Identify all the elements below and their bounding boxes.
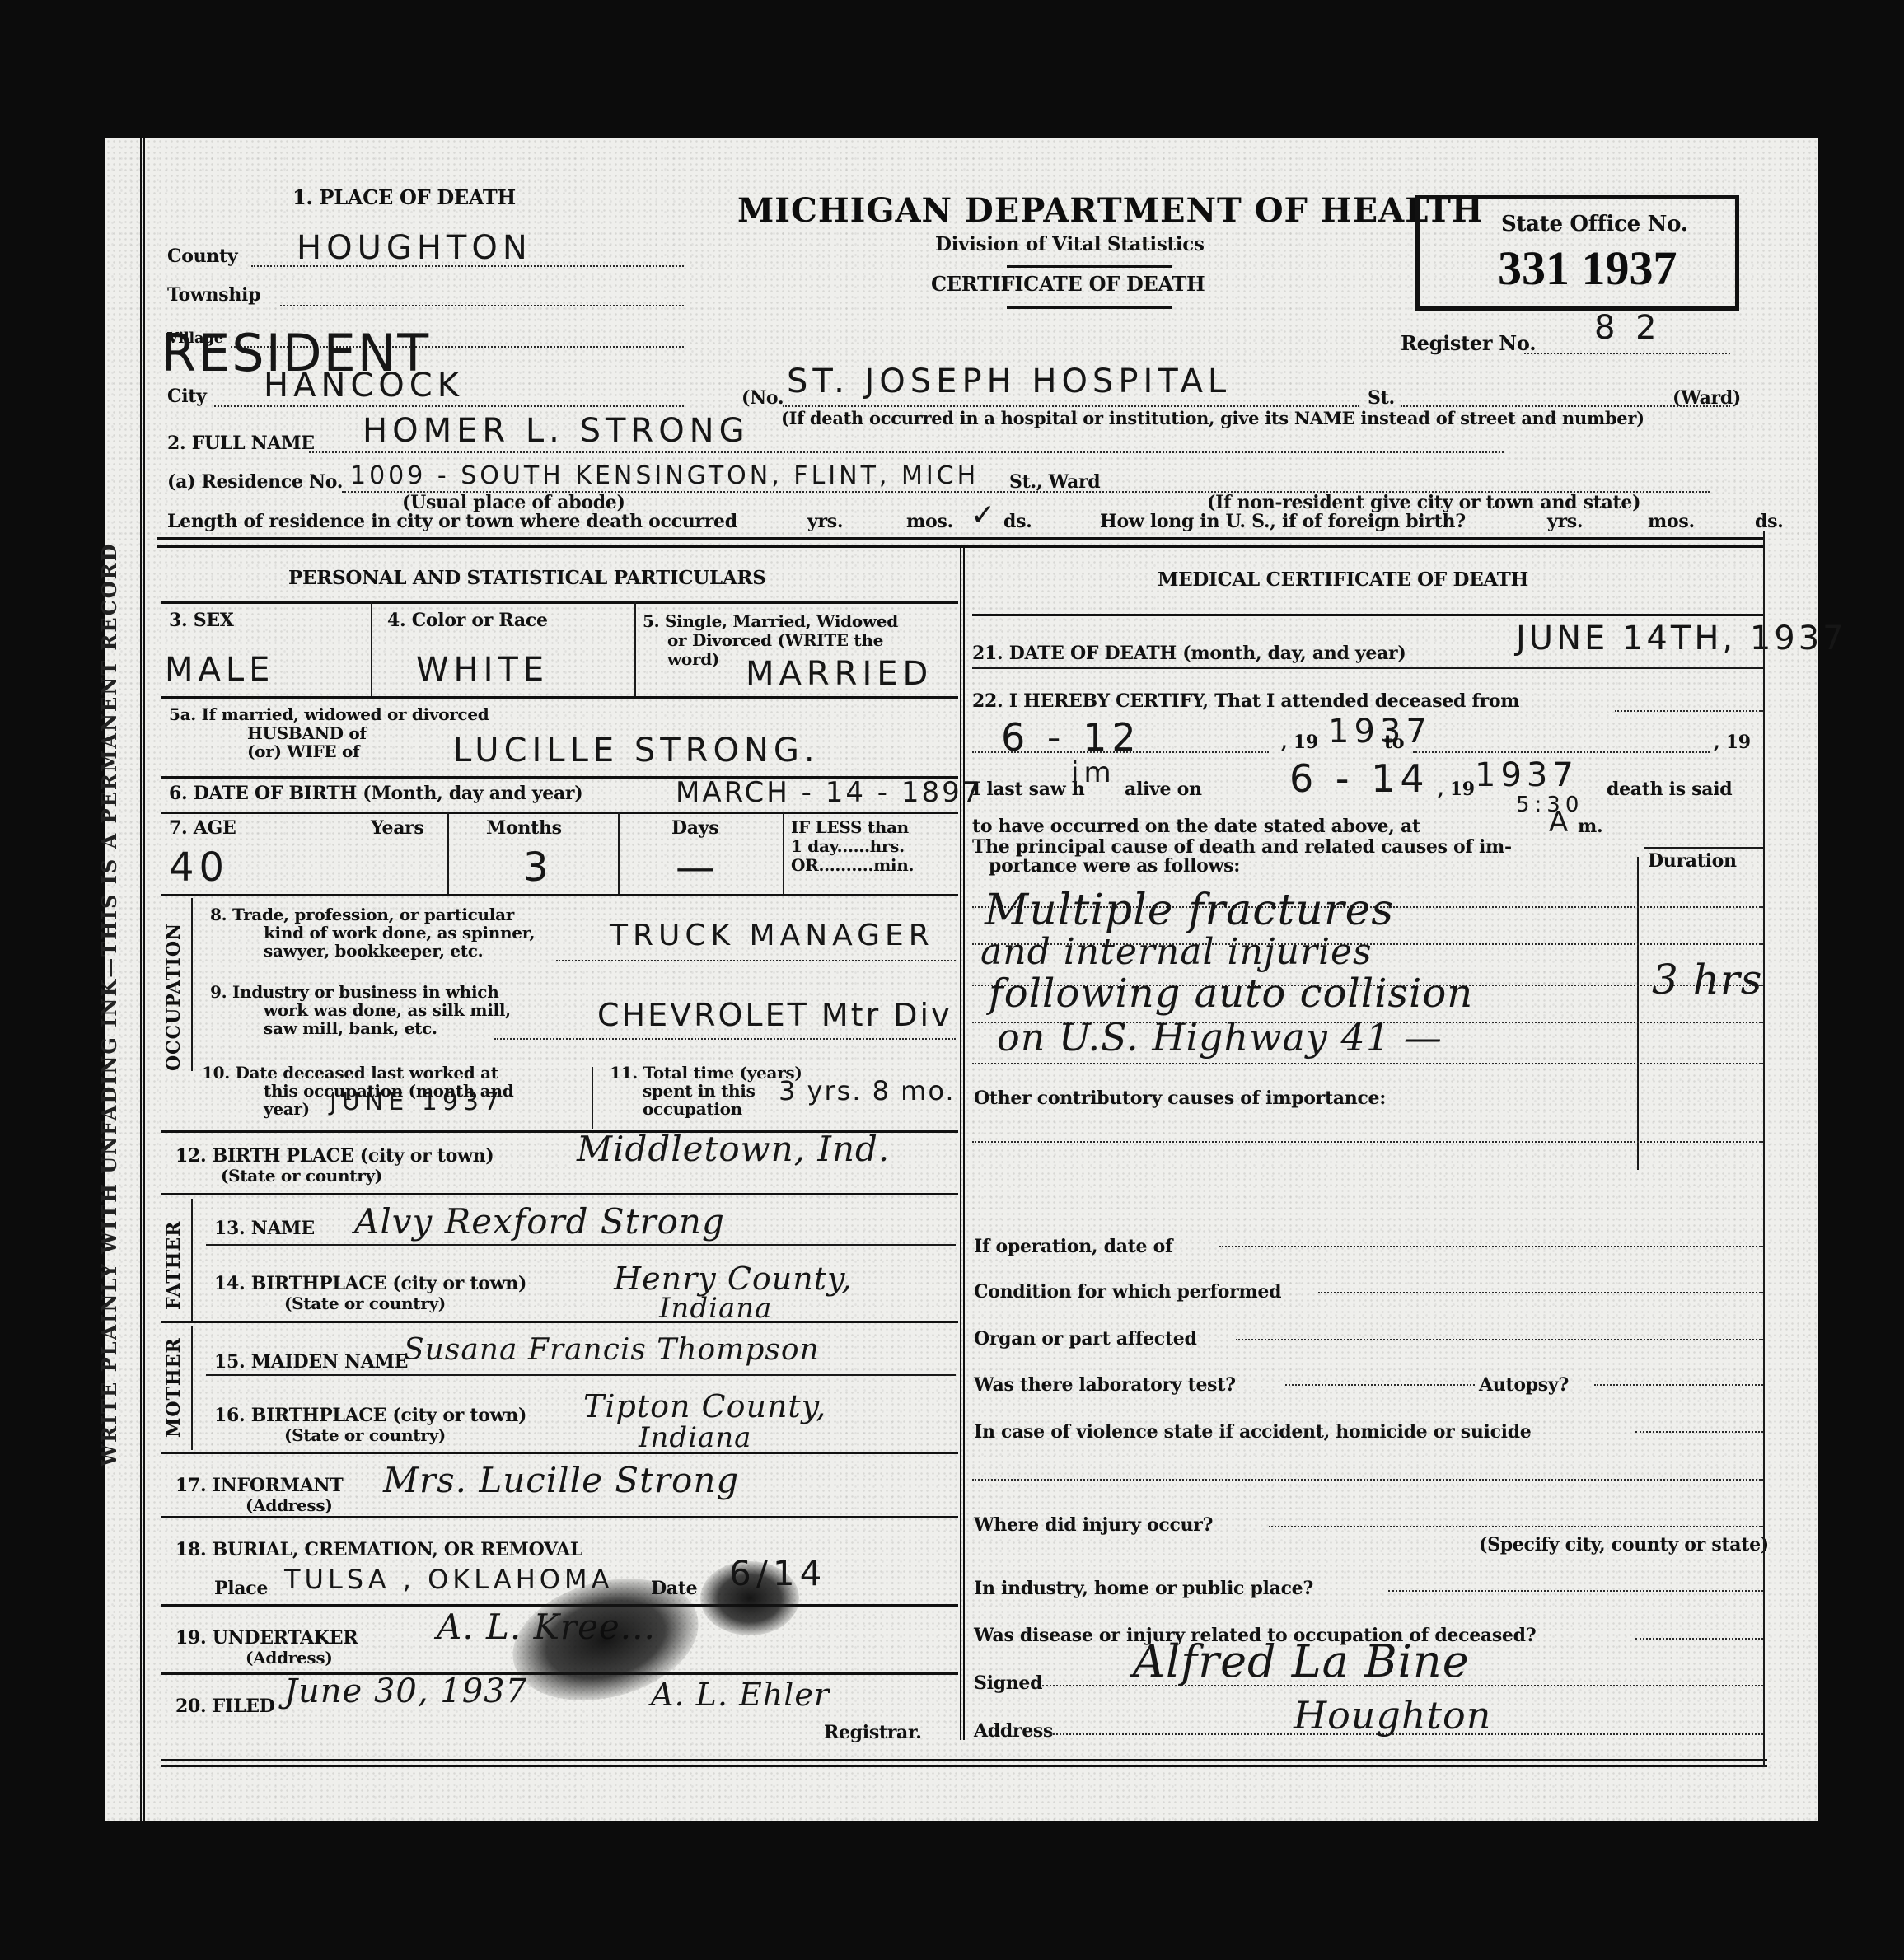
- occupation-bracket: [191, 898, 193, 1071]
- length-ds-label: ds.: [1003, 511, 1032, 532]
- dob-label: 6. DATE OF BIRTH (Month, day and year): [169, 783, 582, 804]
- title-rule-bottom: [1007, 306, 1172, 309]
- institution-note: (If death occurred in a hospital or inst…: [781, 408, 1644, 428]
- attended-from-year-prefix: , 19: [1281, 732, 1318, 753]
- certify-line: [1615, 710, 1763, 712]
- last-saw-year: 1937: [1475, 756, 1579, 794]
- mother-bracket: [191, 1326, 193, 1450]
- age-less-label-2: 1 day......hrs.: [791, 836, 905, 856]
- sex-race-divider: [371, 601, 372, 696]
- institution-line: [783, 405, 1359, 407]
- division-subtitle: Division of Vital Statistics: [935, 233, 1205, 255]
- operation-line: [1219, 1246, 1763, 1247]
- length-residence-label: Length of residence in city or town wher…: [167, 511, 737, 532]
- race-label: 4. Color or Race: [387, 610, 548, 631]
- undertaker-address-label: (Address): [246, 1648, 333, 1668]
- industry-label-2: work was done, as silk mill,: [264, 1000, 511, 1020]
- mother-birthplace-1: Tipton County,: [583, 1388, 826, 1424]
- full-name-value: HOMER L. STRONG: [363, 412, 750, 450]
- medical-heading: MEDICAL CERTIFICATE OF DEATH: [1158, 568, 1528, 591]
- margin-instruction: WRITE PLAINLY WITH UNFADING INK—THIS IS …: [97, 543, 121, 1466]
- father-birthplace-label-2: (State or country): [284, 1293, 446, 1313]
- attended-from-year: 1937: [1328, 713, 1432, 751]
- mother-rule: [161, 1452, 958, 1454]
- length-mos-label: mos.: [906, 511, 953, 532]
- burial-label: 18. BURIAL, CREMATION, OR REMOVAL: [175, 1539, 582, 1560]
- trade-label-3: sawyer, bookkeeper, etc.: [264, 941, 483, 961]
- autopsy-line: [1594, 1384, 1763, 1386]
- specify-note: (Specify city, county or state): [1479, 1534, 1769, 1555]
- city-value: HANCOCK: [264, 367, 464, 405]
- township-line: [280, 305, 684, 306]
- cause-1: Multiple fractures: [985, 886, 1394, 935]
- dod-value: JUNE 14TH, 1937: [1516, 620, 1847, 657]
- father-bracket: [191, 1199, 193, 1322]
- father-rule: [161, 1321, 958, 1323]
- bottom-rule-1: [161, 1759, 1767, 1761]
- ward-label: (Ward): [1672, 387, 1741, 409]
- alive-on-label: alive on: [1125, 779, 1202, 800]
- dod-line: [972, 667, 1763, 669]
- age-years-divider: [447, 812, 449, 894]
- m-label: m.: [1578, 816, 1602, 837]
- father-name-label: 13. NAME: [214, 1218, 315, 1239]
- race-value: WHITE: [416, 651, 549, 689]
- spouse-label-2: HUSBAND of: [247, 723, 367, 743]
- length-check-mark: ✓: [971, 498, 1000, 532]
- death-said-label: death is said: [1607, 779, 1732, 800]
- age-row-rule: [161, 894, 958, 896]
- street-label: St.: [1368, 387, 1395, 409]
- age-days-divider: [783, 812, 784, 894]
- last-saw-pronoun: im: [1071, 756, 1116, 789]
- occupation-divider: [592, 1067, 593, 1129]
- marital-label-2: or Divorced (WRITE the: [667, 630, 883, 650]
- mother-name-line: [206, 1374, 956, 1376]
- occupation-side-label: OCCUPATION: [163, 923, 185, 1071]
- signed-label: Signed: [974, 1672, 1042, 1694]
- organ-line: [1236, 1339, 1763, 1340]
- full-name-label: 2. FULL NAME: [167, 433, 315, 454]
- operation-label: If operation, date of: [974, 1236, 1172, 1257]
- physician-address: Houghton: [1294, 1693, 1491, 1738]
- informant-value: Mrs. Lucille Strong: [383, 1460, 739, 1500]
- right-border-line: [1763, 531, 1765, 1767]
- last-worked-label-1: 10. Date deceased last worked at: [202, 1063, 498, 1083]
- autopsy-label: Autopsy?: [1479, 1374, 1569, 1396]
- filed-value: June 30, 1937: [284, 1672, 527, 1710]
- county-label: County: [167, 246, 237, 267]
- age-label: 7. AGE: [169, 817, 236, 839]
- age-less-label-1: IF LESS than: [791, 817, 909, 837]
- violence-line-2: [972, 1479, 1763, 1481]
- last-saw-date: 6 - 14: [1289, 756, 1429, 801]
- lab-test-line: [1285, 1384, 1475, 1386]
- age-months-label: Months: [486, 817, 562, 839]
- county-value: HOUGHTON: [297, 229, 532, 267]
- spouse-label-1: 5a. If married, widowed or divorced: [169, 704, 489, 724]
- father-name-line: [206, 1244, 956, 1246]
- informant-label: 17. INFORMANT: [175, 1475, 343, 1496]
- violence-line: [1635, 1431, 1763, 1433]
- duration-top-line: [1644, 847, 1763, 849]
- trade-line: [556, 960, 956, 961]
- trade-value: TRUCK MANAGER: [610, 919, 934, 952]
- burial-place-label: Place: [214, 1578, 268, 1599]
- cause-2: and internal injuries: [980, 931, 1373, 973]
- occupation-related-line: [1635, 1638, 1763, 1640]
- informant-rule: [161, 1516, 958, 1518]
- cause-4: on U.S. Highway 41 —: [997, 1015, 1443, 1060]
- total-time-label-2: spent in this: [643, 1081, 756, 1101]
- industry-place-label: In industry, home or public place?: [974, 1578, 1313, 1599]
- age-months-value: 3: [523, 844, 554, 891]
- personal-rule: [161, 601, 958, 604]
- register-line: [1524, 353, 1730, 354]
- register-number: 8 2: [1594, 309, 1662, 347]
- principal-cause-label-2: portance were as follows:: [989, 855, 1240, 877]
- mother-side-label: MOTHER: [163, 1337, 185, 1438]
- trade-label-1: 8. Trade, profession, or particular: [210, 905, 514, 924]
- age-less-label-3: OR..........min.: [791, 855, 914, 875]
- dob-value: MARCH - 14 - 1897: [676, 776, 982, 809]
- sex-row-rule: [161, 696, 958, 699]
- full-name-line: [309, 451, 1504, 453]
- certify-label: 22. I HEREBY CERTIFY, That I attended de…: [972, 690, 1519, 712]
- residence-value: 1009 - SOUTH KENSINGTON, FLINT, MICH: [350, 461, 979, 490]
- last-saw-year-prefix: , 19: [1438, 779, 1475, 800]
- city-label: City: [167, 386, 207, 407]
- spouse-value: LUCILLE STRONG.: [453, 732, 820, 769]
- mother-birthplace-2: Indiana: [639, 1421, 751, 1454]
- title-rule-top: [1007, 265, 1172, 268]
- place-of-death-heading: 1. PLACE OF DEATH: [292, 185, 516, 209]
- length-yrs-label: yrs.: [807, 511, 843, 532]
- industry-label-3: saw mill, bank, etc.: [264, 1018, 437, 1038]
- foreign-ds-label: ds.: [1755, 511, 1784, 532]
- ink-blot-small: [700, 1561, 799, 1635]
- state-office-number: 331 1937: [1498, 241, 1677, 296]
- mother-birthplace-label-1: 16. BIRTHPLACE (city or town): [214, 1405, 526, 1426]
- state-office-label: State Office No.: [1501, 212, 1687, 236]
- dob-row-rule: [161, 812, 958, 814]
- race-marital-divider: [634, 601, 636, 696]
- register-label: Register No.: [1401, 331, 1536, 355]
- medical-rule: [972, 614, 1763, 616]
- occurred-label: to have occurred on the date stated abov…: [972, 816, 1420, 837]
- address-label: Address: [974, 1720, 1053, 1742]
- department-title: MICHIGAN DEPARTMENT OF HEALTH: [737, 191, 1484, 230]
- birthplace-rule: [161, 1193, 958, 1195]
- bottom-rule-2: [161, 1765, 1767, 1767]
- marital-value: MARRIED: [746, 655, 933, 693]
- industry-label-1: 9. Industry or business in which: [210, 982, 498, 1002]
- burial-place-value: TULSA , OKLAHOMA: [284, 1564, 613, 1595]
- mother-name-value: Susana Francis Thompson: [404, 1333, 820, 1367]
- last-worked-value: JUNE 1937: [330, 1088, 504, 1116]
- total-time-label-3: occupation: [643, 1099, 742, 1119]
- physician-signature: Alfred La Bine: [1133, 1635, 1470, 1687]
- birthplace-label-1: 12. BIRTH PLACE (city or town): [175, 1145, 494, 1167]
- duration-divider: [1637, 857, 1639, 1170]
- violence-label: In case of violence state if accident, h…: [974, 1421, 1532, 1443]
- age-days-value: —: [676, 844, 720, 891]
- cause-3: following auto collision: [989, 971, 1473, 1017]
- organ-label: Organ or part affected: [974, 1328, 1197, 1350]
- street-no-label: (No.: [741, 387, 784, 409]
- sex-value: MALE: [165, 651, 274, 689]
- industry-place-line: [1388, 1590, 1763, 1592]
- foreign-yrs-label: yrs.: [1547, 511, 1583, 532]
- personal-heading: PERSONAL AND STATISTICAL PARTICULARS: [288, 567, 766, 589]
- father-side-label: FATHER: [163, 1221, 185, 1310]
- total-time-label-1: 11. Total time (years): [610, 1063, 802, 1083]
- other-causes-line: [972, 1141, 1763, 1143]
- marital-label-1: 5. Single, Married, Widowed: [643, 611, 898, 631]
- sex-label: 3. SEX: [169, 610, 234, 631]
- dod-label: 21. DATE OF DEATH (month, day, and year): [972, 643, 1406, 664]
- father-birthplace-2: Indiana: [659, 1292, 772, 1325]
- residence-label: (a) Residence No.: [167, 471, 343, 493]
- last-worked-label-3: year): [264, 1099, 310, 1119]
- foreign-mos-label: mos.: [1648, 511, 1695, 532]
- section-rule-1: [157, 537, 1763, 540]
- condition-line: [1318, 1292, 1763, 1293]
- filed-label: 20. FILED: [175, 1696, 274, 1717]
- age-years-value: 40: [169, 844, 229, 891]
- st-ward-label: St., Ward: [1009, 471, 1100, 493]
- informant-address-label: (Address): [246, 1495, 333, 1515]
- spouse-label-3: (or) WIFE of: [247, 741, 359, 761]
- duration-label: Duration: [1648, 850, 1737, 872]
- trade-label-2: kind of work done, as spinner,: [264, 923, 535, 943]
- last-saw-label: I last saw h: [972, 779, 1084, 800]
- death-am-pm: A: [1549, 806, 1573, 839]
- industry-line: [494, 1038, 956, 1040]
- total-time-value: 3 yrs. 8 mo.: [779, 1075, 956, 1106]
- attended-from-line: [972, 751, 1269, 753]
- cause-line-5: [972, 1063, 1763, 1064]
- age-years-label: Years: [371, 817, 424, 839]
- marital-label-3: word): [667, 649, 719, 669]
- mother-birthplace-label-2: (State or country): [284, 1425, 446, 1445]
- father-name-value: Alvy Rexford Strong: [354, 1201, 725, 1242]
- injury-where-line: [1269, 1526, 1763, 1527]
- attended-to-label: to: [1384, 732, 1404, 753]
- other-causes-label: Other contributory causes of importance:: [974, 1088, 1386, 1109]
- age-days-label: Days: [671, 817, 718, 839]
- birthplace-label-2: (State or country): [221, 1166, 382, 1186]
- lab-test-label: Was there laboratory test?: [974, 1374, 1236, 1396]
- duration-value: 3 hrs: [1652, 956, 1762, 1003]
- foreign-birth-label: How long in U. S., if of foreign birth?: [1100, 511, 1466, 532]
- mother-name-label: 15. MAIDEN NAME: [214, 1351, 408, 1373]
- injury-where-label: Where did injury occur?: [974, 1514, 1213, 1536]
- attended-to-line: [1413, 751, 1710, 753]
- left-border-line: [140, 138, 145, 1821]
- undertaker-label: 19. UNDERTAKER: [175, 1627, 358, 1649]
- industry-value: CHEVROLET Mtr Div: [597, 997, 952, 1033]
- father-birthplace-label-1: 14. BIRTHPLACE (city or town): [214, 1273, 526, 1294]
- institution-value: ST. JOSEPH HOSPITAL: [787, 363, 1231, 400]
- age-months-divider: [618, 812, 620, 894]
- registrar-label: Registrar.: [824, 1722, 922, 1743]
- township-label: Township: [167, 284, 260, 306]
- center-divider: [960, 545, 965, 1740]
- form-title: CERTIFICATE OF DEATH: [931, 272, 1205, 296]
- registrar-signature: A. L. Ehler: [651, 1677, 830, 1713]
- condition-label: Condition for which performed: [974, 1281, 1281, 1303]
- city-line: [214, 405, 684, 407]
- birthplace-value: Middletown, Ind.: [577, 1129, 890, 1169]
- attended-to-year-prefix: , 19: [1714, 732, 1751, 753]
